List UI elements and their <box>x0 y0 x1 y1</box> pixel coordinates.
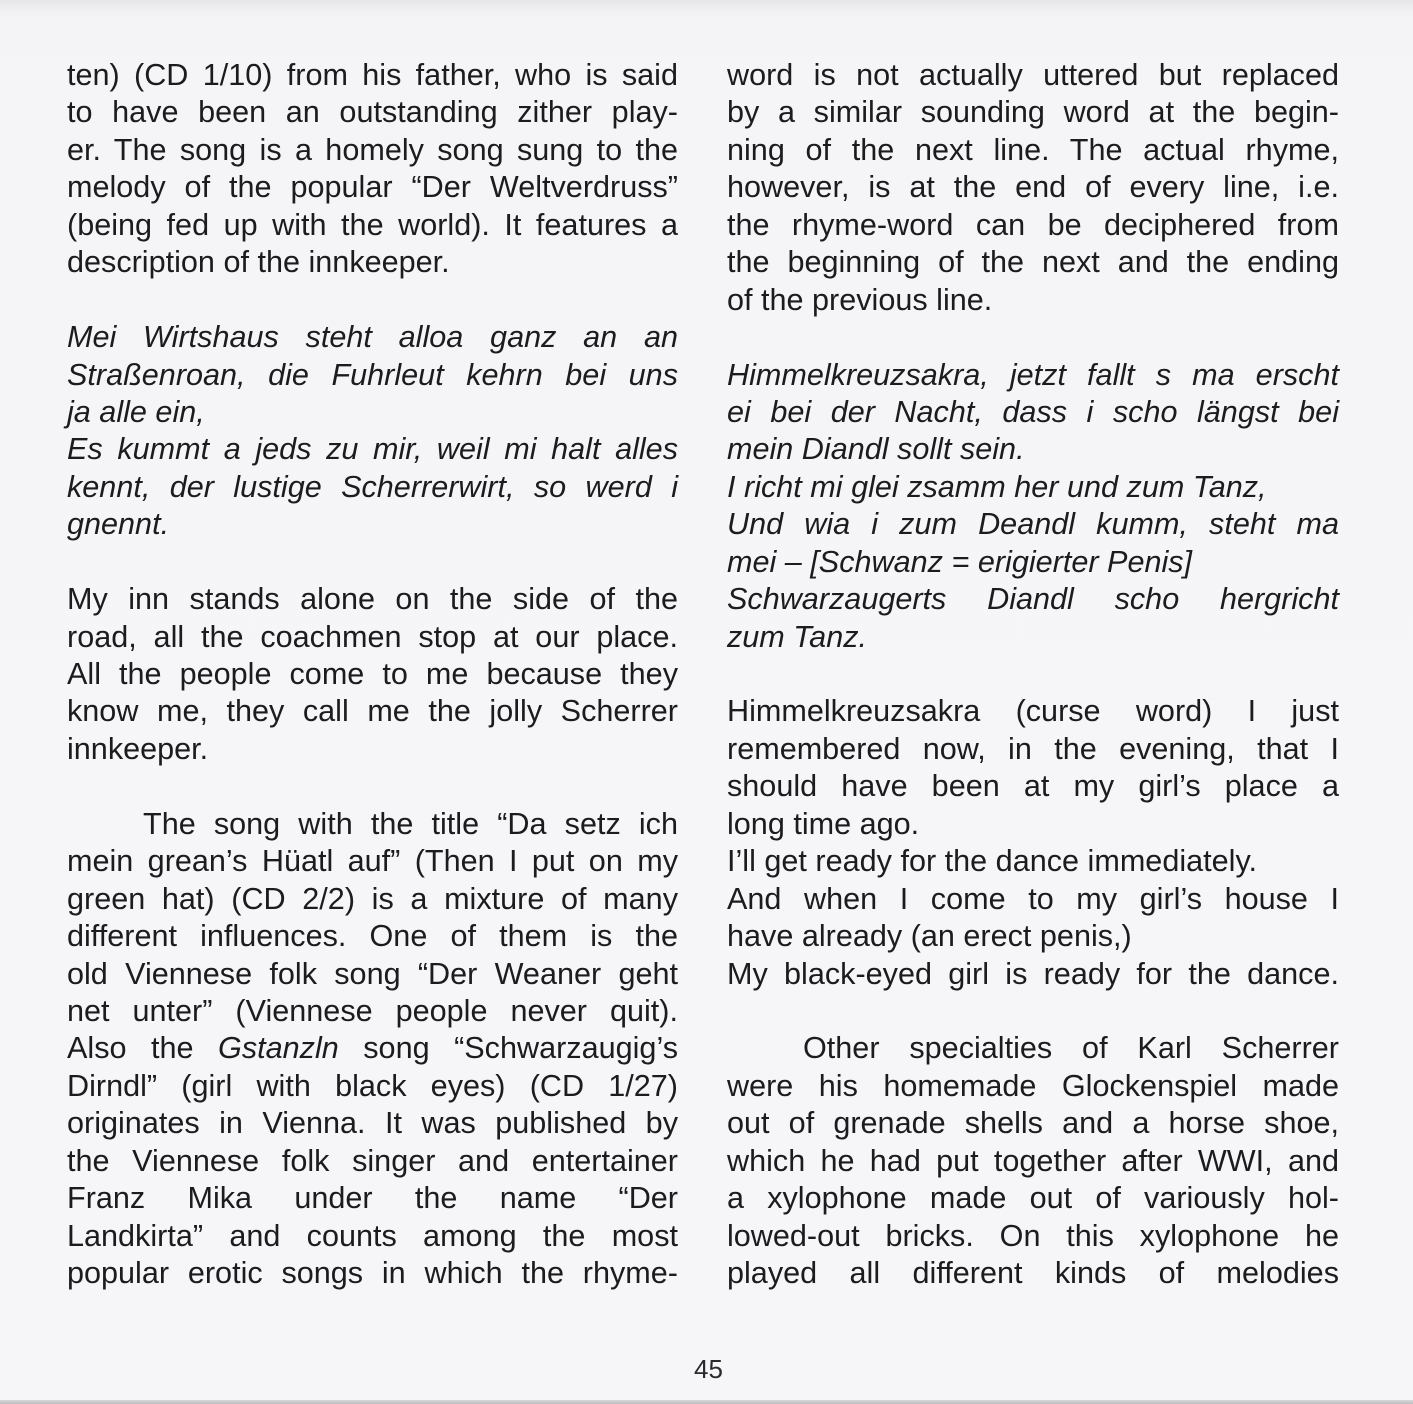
text-line-with-italic: Also the Gstanzln song “Schwarzaugig’s <box>67 1030 678 1067</box>
lyric-line: mein Diandl sollt sein. <box>727 431 1339 468</box>
text-line: originates in Vienna. It was published b… <box>67 1105 678 1142</box>
text-line: Landkirta” and counts among the most <box>67 1218 678 1255</box>
text-line: green hat) (CD 2/2) is a mixture of many <box>67 881 678 918</box>
translation-line: My black-eyed girl is ready for the danc… <box>727 956 1339 993</box>
lyric-line: Himmelkreuzsakra, jetzt fallt s ma ersch… <box>727 357 1339 394</box>
lyric-line: Es kummt a jeds zu mir, weil mi halt all… <box>67 431 678 468</box>
translation-line: road, all the coachmen stop at our place… <box>67 619 678 656</box>
text-line: of the previous line. <box>727 282 1339 319</box>
right-lyrics-translation: Himmelkreuzsakra (curse word) I just rem… <box>727 693 1339 993</box>
lyric-line: gnennt. <box>67 506 678 543</box>
text-line: (being fed up with the world). It featur… <box>67 207 678 244</box>
paragraph-gap <box>727 319 1339 356</box>
text-line: the rhyme-word can be deciphered from <box>727 207 1339 244</box>
lyric-line: Schwarzaugerts Diandl scho hergricht <box>727 581 1339 618</box>
text-line: out of grenade shells and a horse shoe, <box>727 1105 1339 1142</box>
text-line: The song with the title “Da setz ich <box>67 806 678 843</box>
paragraph-gap <box>727 656 1339 693</box>
translation-line: I’ll get ready for the dance immediately… <box>727 843 1339 880</box>
text-line: by a similar sounding word at the begin- <box>727 94 1339 131</box>
document-page: ten) (CD 1/10) from his father, who is s… <box>0 0 1413 1404</box>
left-paragraph-song-title: The song with the title “Da setz ich mei… <box>67 806 678 1293</box>
left-column: ten) (CD 1/10) from his father, who is s… <box>67 57 678 1292</box>
lyric-line: ei bei der Nacht, dass i scho längst bei <box>727 394 1339 431</box>
paragraph-gap <box>67 768 678 805</box>
text-line: ten) (CD 1/10) from his father, who is s… <box>67 57 678 94</box>
text-line: a xylophone made out of variously hol- <box>727 1180 1339 1217</box>
left-paragraph-intro: ten) (CD 1/10) from his father, who is s… <box>67 57 678 282</box>
text-line: different influences. One of them is the <box>67 918 678 955</box>
left-lyrics-translation: My inn stands alone on the side of the r… <box>67 581 678 768</box>
text-line: the beginning of the next and the ending <box>727 244 1339 281</box>
paragraph-gap <box>67 282 678 319</box>
text-line: the Viennese folk singer and entertainer <box>67 1143 678 1180</box>
translation-line: My inn stands alone on the side of the <box>67 581 678 618</box>
text-line: net unter” (Viennese people never quit). <box>67 993 678 1030</box>
lyric-line: Straßenroan, die Fuhrleut kehrn bei uns <box>67 357 678 394</box>
translation-line: long time ago. <box>727 806 1339 843</box>
text-segment: song “Schwarzaugig’s <box>339 1031 678 1065</box>
translation-line: Himmelkreuzsakra (curse word) I just <box>727 693 1339 730</box>
text-line: description of the innkeeper. <box>67 244 678 281</box>
text-line: which he had put together after WWI, and <box>727 1143 1339 1180</box>
paragraph-gap <box>727 993 1339 1030</box>
text-line: old Viennese folk song “Der Weaner geht <box>67 956 678 993</box>
text-line: melody of the popular “Der Weltverdruss” <box>67 169 678 206</box>
right-lyrics-german: Himmelkreuzsakra, jetzt fallt s ma ersch… <box>727 357 1339 657</box>
text-line: ning of the next line. The actual rhyme, <box>727 132 1339 169</box>
text-segment: Also the <box>67 1031 218 1065</box>
text-line: were his homemade Glockenspiel made <box>727 1068 1339 1105</box>
text-line: Dirndl” (girl with black eyes) (CD 1/27) <box>67 1068 678 1105</box>
lyric-line: zum Tanz. <box>727 619 1339 656</box>
left-lyrics-german: Mei Wirtshaus steht alloa ganz an an Str… <box>67 319 678 544</box>
text-line: Franz Mika under the name “Der <box>67 1180 678 1217</box>
text-line: word is not actually uttered but replace… <box>727 57 1339 94</box>
lyric-line: ja alle ein, <box>67 394 678 431</box>
paragraph-gap <box>67 544 678 581</box>
translation-line: know me, they call me the jolly Scherrer <box>67 693 678 730</box>
page-number: 45 <box>694 1354 723 1384</box>
right-paragraph-specialties: Other specialties of Karl Scherrer were … <box>727 1030 1339 1292</box>
text-line: Other specialties of Karl Scherrer <box>727 1030 1339 1067</box>
translation-line: should have been at my girl’s place a <box>727 768 1339 805</box>
translation-line: All the people come to me because they <box>67 656 678 693</box>
italic-term-gstanzln: Gstanzln <box>218 1031 339 1065</box>
text-line: er. The song is a homely song sung to th… <box>67 132 678 169</box>
text-line: to have been an outstanding zither play- <box>67 94 678 131</box>
translation-line: And when I come to my girl’s house I <box>727 881 1339 918</box>
translation-line: have already (an erect penis,) <box>727 918 1339 955</box>
text-line: lowed-out bricks. On this xylophone he <box>727 1218 1339 1255</box>
translation-line: innkeeper. <box>67 731 678 768</box>
text-line: however, is at the end of every line, i.… <box>727 169 1339 206</box>
lyric-line: mei – [Schwanz = erigierter Penis] <box>727 544 1339 581</box>
text-line: played all different kinds of melodies <box>727 1255 1339 1292</box>
lyric-line: Mei Wirtshaus steht alloa ganz an an <box>67 319 678 356</box>
lyric-line: I richt mi glei zsamm her und zum Tanz, <box>727 469 1339 506</box>
right-paragraph-rhyme: word is not actually uttered but replace… <box>727 57 1339 319</box>
translation-line: remembered now, in the evening, that I <box>727 731 1339 768</box>
text-line: popular erotic songs in which the rhyme- <box>67 1255 678 1292</box>
right-column: word is not actually uttered but replace… <box>727 57 1339 1292</box>
text-line: mein grean’s Hüatl auf” (Then I put on m… <box>67 843 678 880</box>
lyric-line: Und wia i zum Deandl kumm, steht ma <box>727 506 1339 543</box>
lyric-line: kennt, der lustige Scherrerwirt, so werd… <box>67 469 678 506</box>
